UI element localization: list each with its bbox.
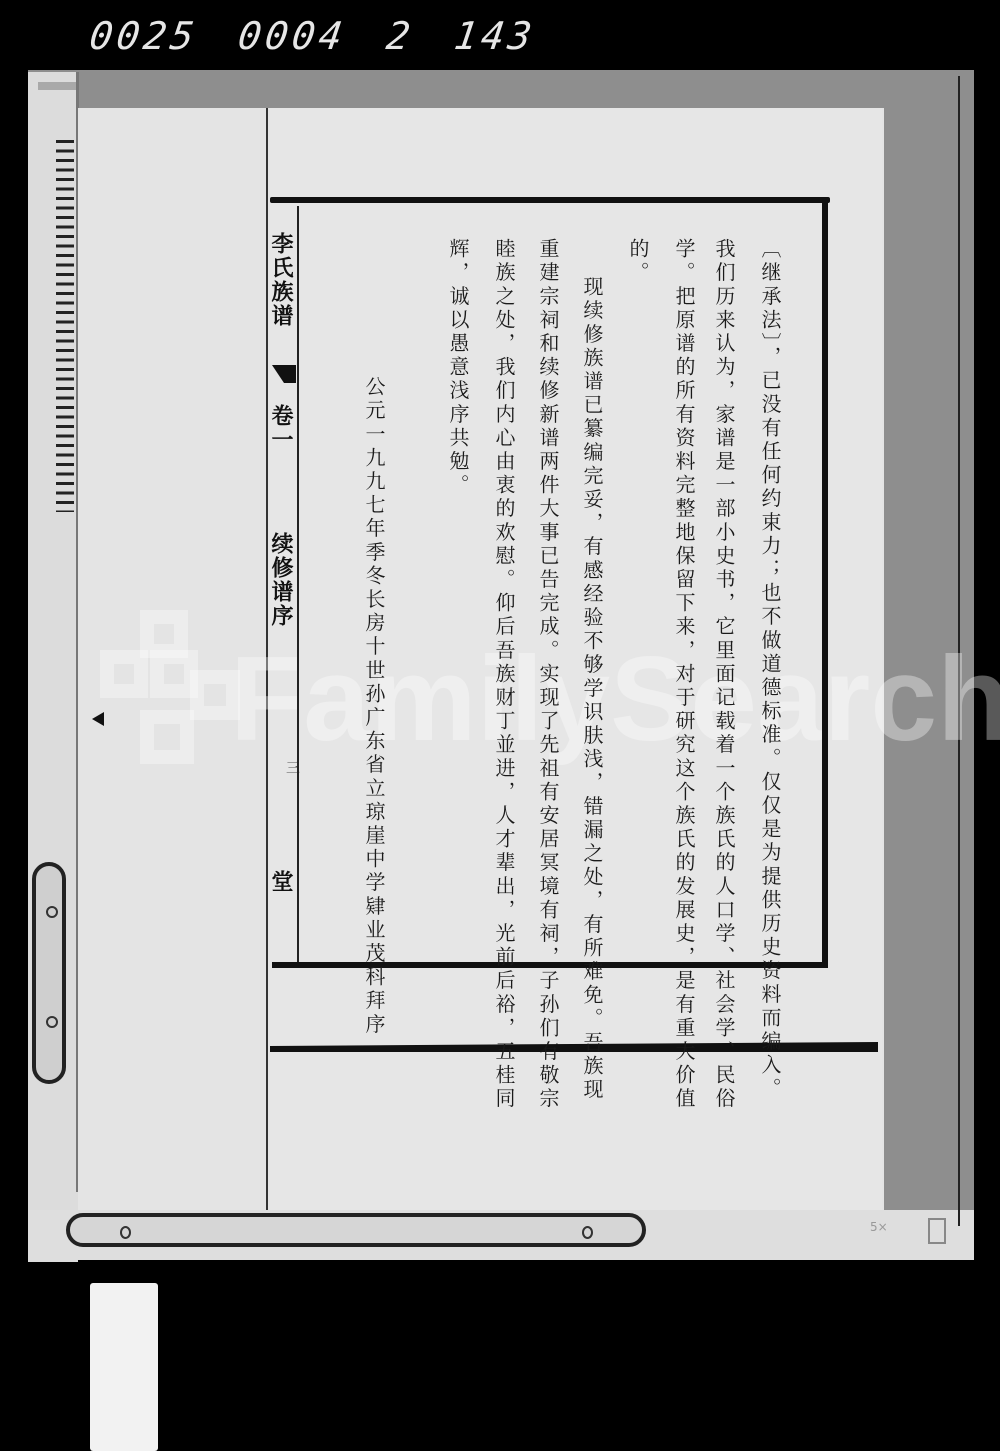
- microfilm-frame-id: 0025 0004 2 143: [87, 14, 538, 58]
- text-column-4: 的。: [626, 238, 650, 285]
- frame-border-top: [270, 197, 830, 203]
- film-leader-tag: [90, 1283, 158, 1451]
- text-column-6: 重建宗祠和续修新谱两件大事已告完成。实现了先祖有安居冥境有祠，子孙们有敬宗: [536, 238, 560, 1111]
- watermark: FamilySearch: [100, 610, 940, 810]
- clip-hole-icon: [46, 906, 58, 918]
- scan-corner-label: 5×: [870, 1220, 888, 1234]
- text-column-2: 我们历来认为，家谱是一部小史书，它里面记载着一个族氏的人口学、社会学、民俗: [712, 238, 736, 1111]
- calibration-ruler: [56, 140, 74, 512]
- familysearch-logo-icon: [100, 610, 240, 790]
- frame-border-right: [822, 200, 828, 966]
- text-column-1: 〔继承法〕，已没有任何约束力；也不做道德标准。仅仅是为提供历史资料而编入。: [758, 238, 782, 1101]
- clip-hole-icon: [582, 1226, 593, 1239]
- watermark-text: FamilySearch: [230, 630, 1000, 768]
- spine-book-title: 李氏族谱: [266, 232, 297, 328]
- page-number: 三: [282, 760, 302, 774]
- signature-column: 公元一九九七年季冬长房十世孙广东省立琼崖中学肄业茂科拜序: [362, 376, 386, 1037]
- fishtail-mark-icon: [272, 365, 296, 383]
- clip-hole-icon: [120, 1226, 131, 1239]
- spine-hall-name: 堂: [266, 870, 297, 894]
- frame-border-left: [297, 206, 299, 962]
- clip-hole-icon: [46, 1016, 58, 1028]
- vertical-clip: [32, 862, 66, 1084]
- text-column-3: 学。把原谱的所有资料完整地保留下来，对于研究这个族氏的发展史，是有重大价值: [672, 238, 696, 1111]
- horizontal-clip: [66, 1213, 646, 1247]
- spine-volume: 卷一: [266, 404, 297, 452]
- scan-corner-mark-icon: [928, 1218, 946, 1244]
- strip-bar: [38, 82, 76, 90]
- text-column-7: 睦族之处，我们内心由衷的欢慰。仰后吾族财丁並进，人才辈出，光前后裕，五桂同: [492, 238, 516, 1111]
- text-column-8: 辉，诚以愚意浅序共勉。: [446, 238, 470, 498]
- spine-section-title: 续修谱序: [266, 532, 297, 628]
- arrow-mark-icon: [92, 712, 104, 726]
- text-column-5: 现续修族谱已纂编完妥，有感经验不够学识肤浅，错漏之处，有所难免。吾族现: [580, 276, 604, 1102]
